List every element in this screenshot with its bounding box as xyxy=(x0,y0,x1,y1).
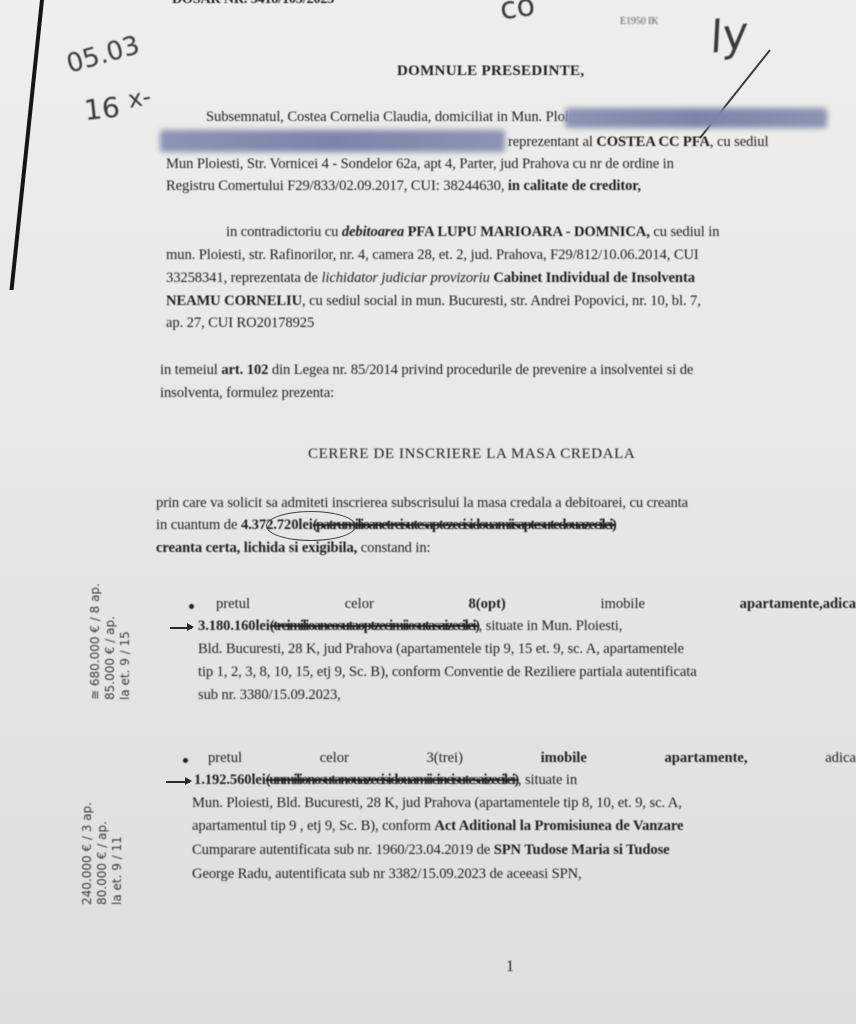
handwritten-number: 16 xyxy=(82,90,121,127)
handwritten-mark: x- xyxy=(126,82,153,114)
bullet-item-1 xyxy=(189,604,194,609)
case-number: DOSAR NR. 3418/105/2023 xyxy=(172,0,334,7)
handwritten-arrow-2 xyxy=(166,781,190,783)
intro-line-3: Mun Ploiesti, Str. Vornicei 4 - Sondelor… xyxy=(166,157,674,172)
item-2-line-5: Cumparare autentificata sub nr. 1960/23.… xyxy=(192,843,670,858)
salutation: DOMNULE PRESEDINTE, xyxy=(397,63,584,80)
redacted-address-1 xyxy=(565,108,827,128)
item-2-line-6: George Radu, autentificata sub nr 3382/1… xyxy=(192,867,582,882)
redacted-address-2 xyxy=(160,130,505,152)
item-1-line-1: pretul celor 8(opt) imobile apartamente,… xyxy=(216,596,856,613)
request-line-1: prin care va solicit sa admiteti inscrie… xyxy=(156,496,688,511)
request-line-2: in cuantum de 4.372.720lei(patrumilioane… xyxy=(156,518,615,533)
item-2-line-3: Mun. Ploiesti, Bld. Bucuresti, 28 K, jud… xyxy=(192,796,682,811)
legal-basis-line-2: insolventa, formulez prezenta: xyxy=(160,386,334,401)
intro-line-4: Registru Comertului F29/833/02.09.2017, … xyxy=(166,179,641,194)
bullet-item-2 xyxy=(183,758,188,763)
handwritten-date: 05.03 xyxy=(63,30,143,79)
intro-line-1: Subsemnatul, Costea Cornelia Claudia, do… xyxy=(206,110,592,125)
item-1-line-3: Bld. Bucuresti, 28 K, jud Prahova (apart… xyxy=(198,642,684,657)
handwritten-arrow-1 xyxy=(170,627,192,629)
handwritten-circle-amount xyxy=(266,511,356,541)
margin-note-1: ≅ 680.000 € / 8 ap. 85.000 € / ap. la et… xyxy=(88,583,133,700)
document-title: CERERE DE INSCRIERE LA MASA CREDALA xyxy=(308,446,635,463)
document-page: DOSAR NR. 3418/105/2023 E1950 IK 05.03 1… xyxy=(0,0,856,1024)
margin-note-2: 240.000 € / 3 ap. 80.000 € / ap. la et. … xyxy=(80,802,125,905)
item-1-line-5: sub nr. 3380/15.09.2023, xyxy=(198,688,341,703)
debtor-line-1: in contradictoriu cu debitoarea PFA LUPU… xyxy=(226,225,719,240)
legal-basis-line-1: in temeiul art. 102 din Legea nr. 85/201… xyxy=(160,363,693,378)
request-line-3: creanta certa, lichida si exigibila, con… xyxy=(156,541,431,556)
item-1-line-4: tip 1, 2, 3, 8, 10, 15, etj 9, Sc. B), c… xyxy=(198,665,697,680)
debtor-line-3: 33258341, reprezentata de lichidator jud… xyxy=(166,271,695,286)
item-2-line-2: 1.192.560lei(unmilionosutanouazecisidoua… xyxy=(194,773,577,788)
debtor-line-4: NEAMU CORNELIU, cu sediul social in mun.… xyxy=(166,294,701,309)
page-edge-shadow xyxy=(10,0,44,290)
item-1-line-2: 3.180.160lei(treimilioaneosutaoptzecimii… xyxy=(198,619,622,634)
item-2-line-4: apartamentul tip 9 , etj 9, Sc. B), conf… xyxy=(192,819,683,834)
item-2-line-1: pretul celor 3(trei) imobile apartamente… xyxy=(208,750,856,767)
debtor-line-5: ap. 27, CUI RO20178925 xyxy=(166,316,314,331)
page-number: 1 xyxy=(506,958,514,976)
registry-stamp: E1950 IK xyxy=(620,17,658,27)
handwritten-scribble: co xyxy=(498,0,537,27)
intro-line-2: reprezentant al COSTEA CC PFA, cu sediul xyxy=(508,135,768,150)
debtor-line-2: mun. Ploiesti, str. Rafinorilor, nr. 4, … xyxy=(166,248,699,263)
